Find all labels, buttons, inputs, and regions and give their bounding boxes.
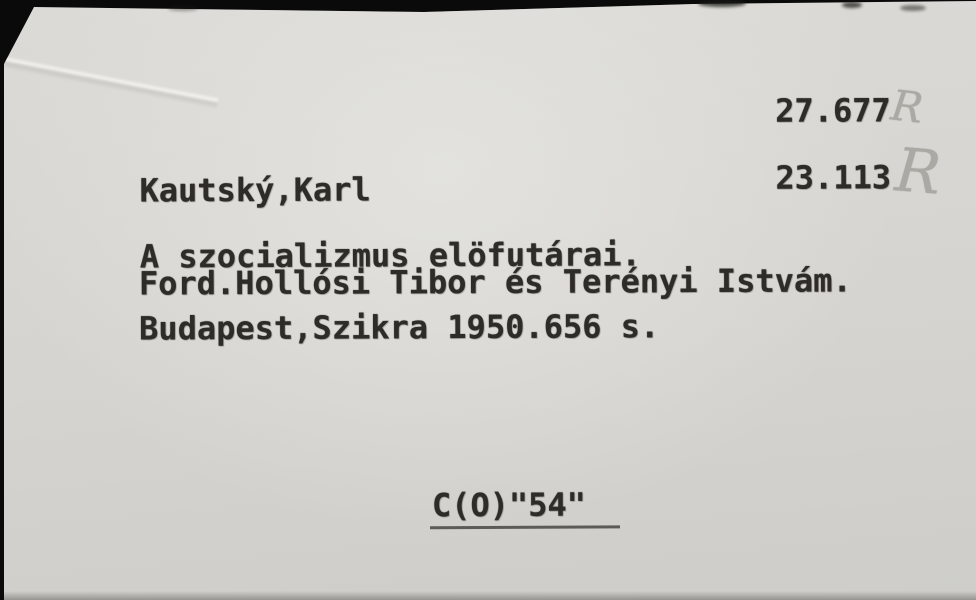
author-heading: Kautský,Karl [139, 174, 370, 207]
pencil-mark-r-main: R [893, 140, 943, 204]
call-number-secondary: 27.677 [775, 94, 891, 127]
classification-mark: C(O)"54" [430, 488, 620, 529]
responsibility-line: Ford.Hollósi Tibor és Terényi Istvám. [139, 264, 852, 299]
scanned-card-image: 27.677 R 23.113 R Kautský,Karl A szocial… [0, 0, 976, 600]
card-text-layer: 27.677 R 23.113 R Kautský,Karl A szocial… [0, 0, 976, 600]
pencil-mark-r-top: R [889, 84, 925, 129]
call-number-main: 23.113 [775, 161, 891, 194]
imprint-line: Budapest,Szikra 1950.656 s. [139, 310, 659, 344]
